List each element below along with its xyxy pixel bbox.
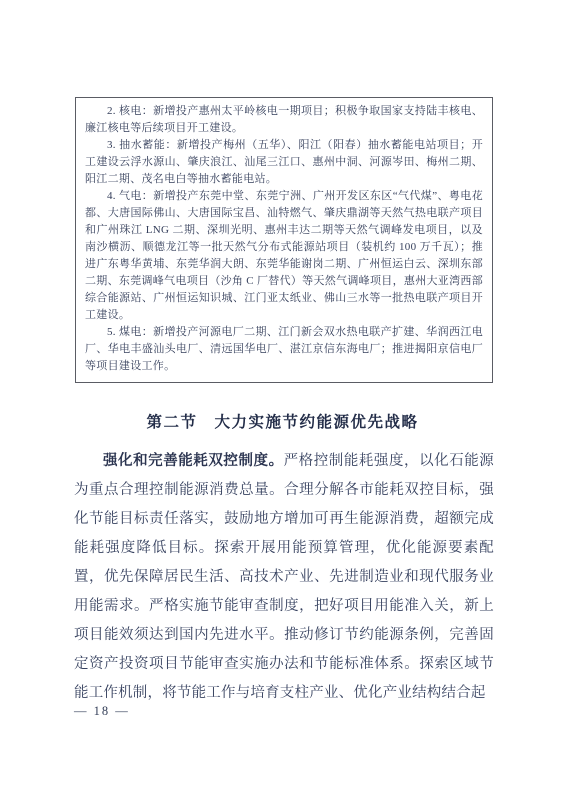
- list-item-coal-power: 5. 煤电：新增投产河源电厂二期、江门新会双水热电联产扩建、华润西江电厂、华电丰…: [85, 324, 483, 375]
- list-item-gas-power: 4. 气电：新增投产东莞中堂、东莞宁洲、广州开发区东区“气代煤”、粤电花都、大唐…: [85, 188, 483, 324]
- paragraph-lead-bold: 强化和完善能耗双控制度。: [103, 453, 284, 469]
- list-item-pumped-storage: 3. 抽水蓄能：新增投产梅州（五华）、阳江（阳春）抽水蓄能电站项目；开工建设云浮…: [85, 137, 483, 188]
- document-page: 2. 核电：新增投产惠州太平岭核电一期项目；积极争取国家支持陆丰核电、廉江核电等…: [0, 0, 565, 800]
- page-number: — 18 —: [74, 704, 130, 719]
- section-heading: 第二节 大力实施节约能源优先战略: [0, 410, 565, 432]
- power-project-list-box: 2. 核电：新增投产惠州太平岭核电一期项目；积极争取国家支持陆丰核电、廉江核电等…: [75, 97, 493, 383]
- list-item-nuclear: 2. 核电：新增投产惠州太平岭核电一期项目；积极争取国家支持陆丰核电、廉江核电等…: [85, 103, 483, 137]
- body-paragraph: 强化和完善能耗双控制度。严格控制能耗强度，以化石能源为重点合理控制能源消费总量。…: [74, 447, 494, 708]
- paragraph-text: 严格控制能耗强度，以化石能源为重点合理控制能源消费总量。合理分解各市能耗双控目标…: [74, 453, 494, 701]
